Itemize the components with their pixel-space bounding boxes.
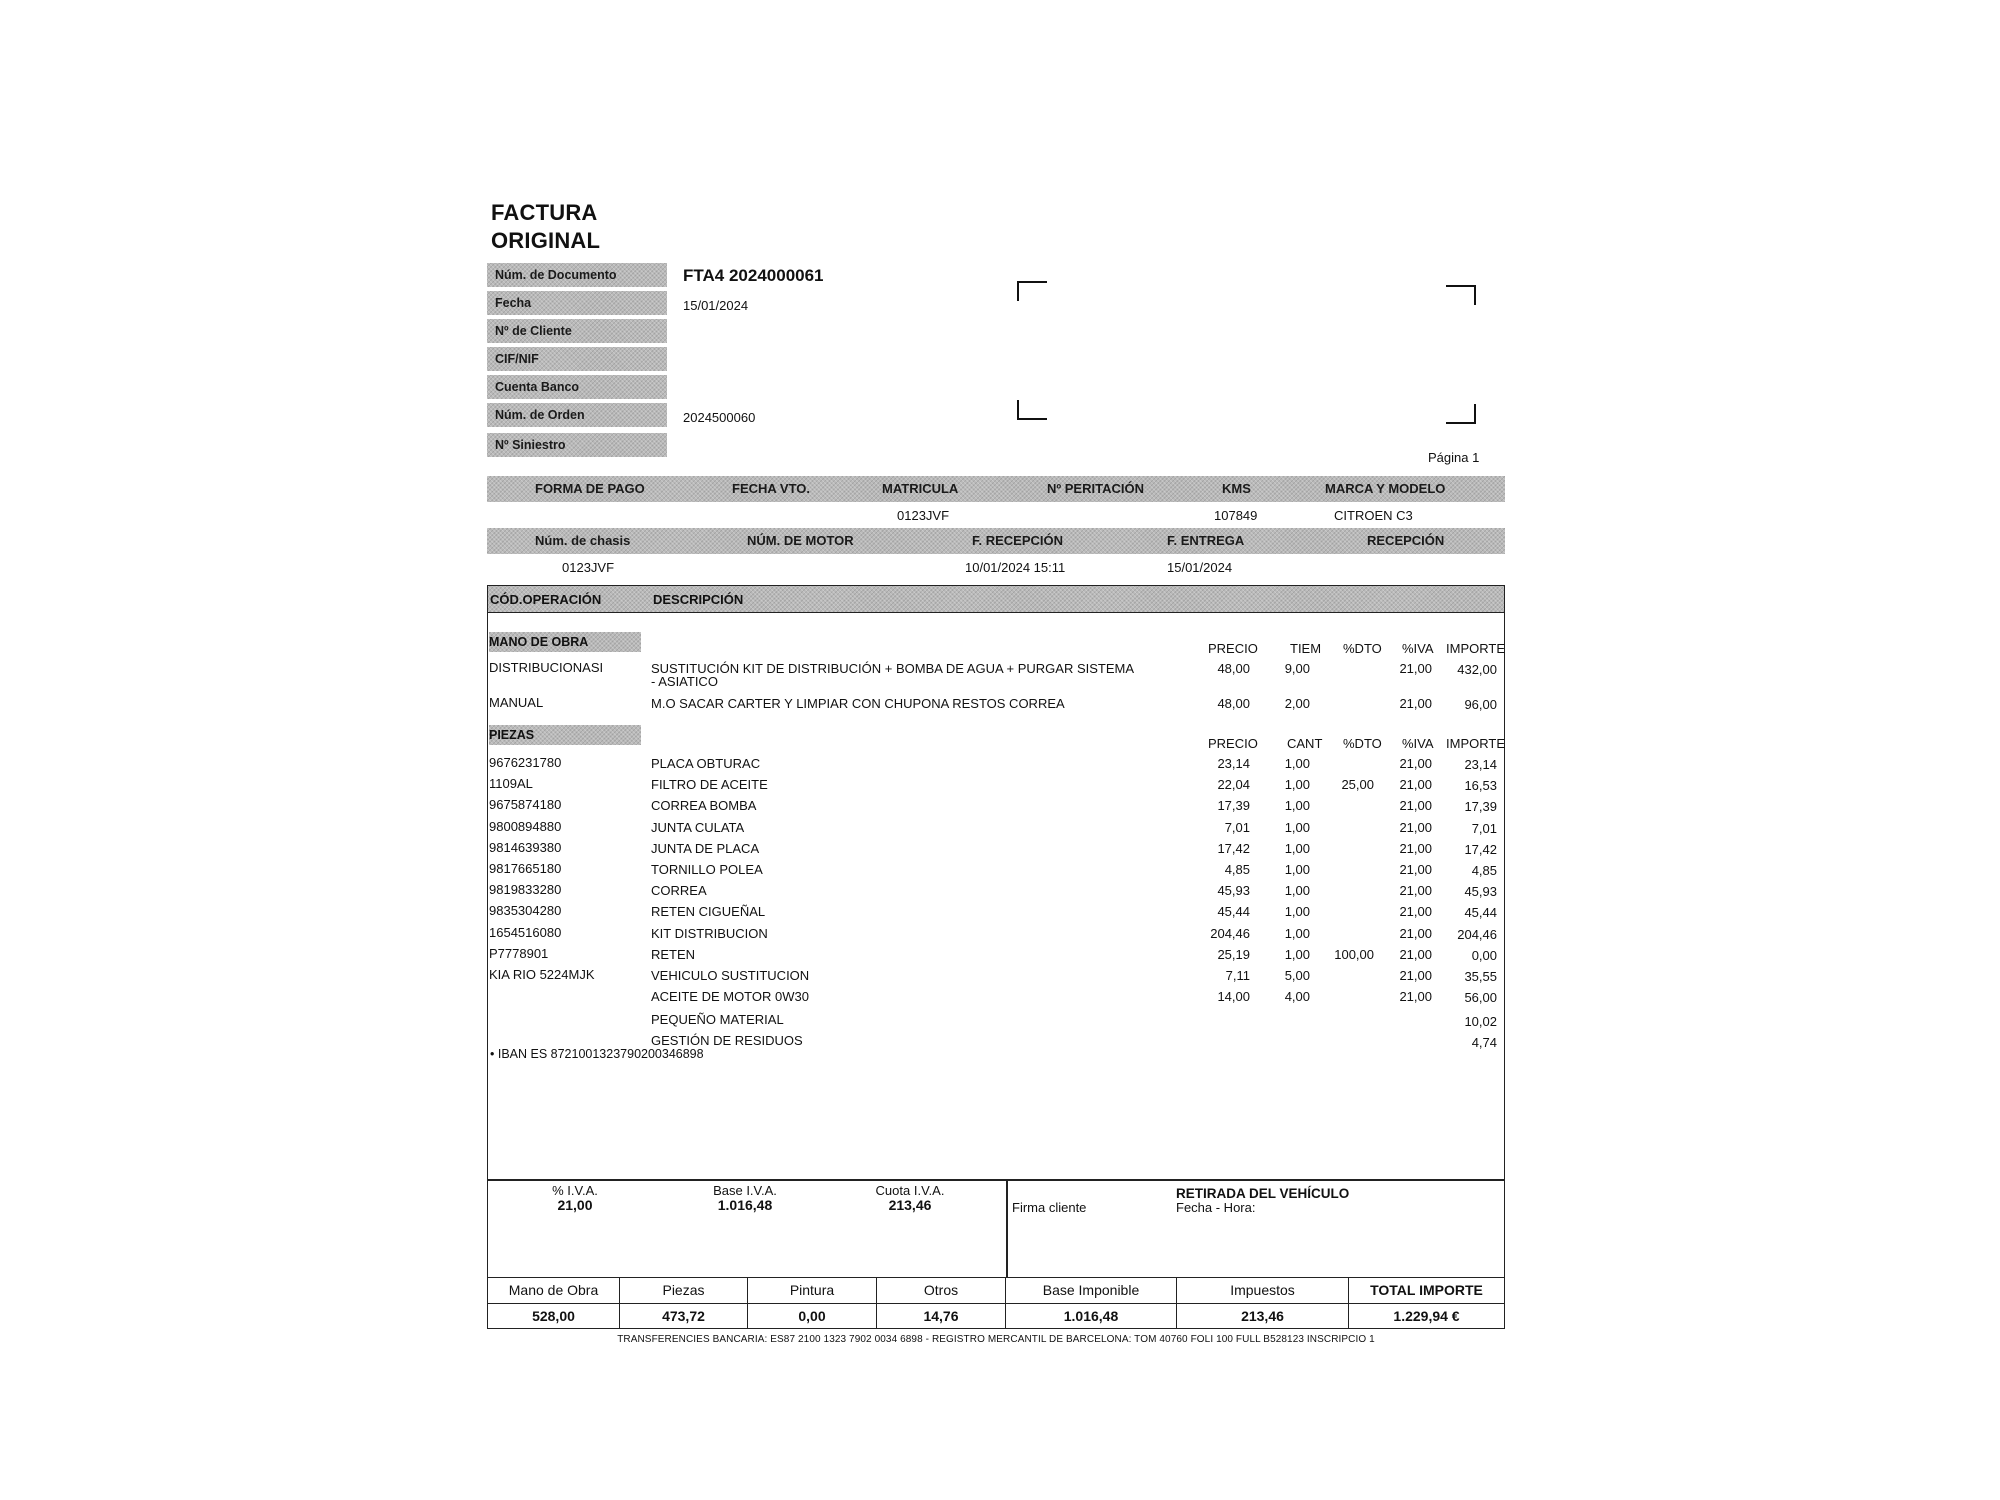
vehicle-values-row-1: 0123JVF 107849 CITROEN C3 [487, 503, 1505, 525]
total-parts: Piezas473,72 [620, 1278, 748, 1328]
document-subtitle: ORIGINAL [491, 228, 600, 254]
col-payment-method: FORMA DE PAGO [535, 481, 645, 496]
operation-code: 9817665180 [489, 861, 561, 876]
operation-code: 1654516080 [489, 925, 561, 940]
iban-note: • IBAN ES 8721001323790200346898 [490, 1047, 704, 1061]
label-doc-number: Núm. de Documento [487, 263, 667, 287]
labor-col-time: TIEM [1290, 641, 1321, 656]
label-client-number: Nº de Cliente [487, 319, 667, 343]
lines-table-header: CÓD.OPERACIÓN DESCRIPCIÓN [487, 585, 1505, 613]
description: RETEN CIGUEÑAL [651, 904, 765, 919]
order-number: 2024500060 [683, 410, 755, 425]
unit-price: 17,42 [1180, 841, 1250, 856]
quantity: 1,00 [1250, 947, 1310, 962]
page-number: Página 1 [1428, 450, 1479, 465]
quantity: 5,00 [1250, 968, 1310, 983]
operation-code: 9676231780 [489, 755, 561, 770]
label-cif-nif: CIF/NIF [487, 347, 667, 371]
doc-number: FTA4 2024000061 [683, 266, 824, 286]
quantity: 1,00 [1250, 926, 1310, 941]
totals-table: Mano de Obra528,00 Piezas473,72 Pintura0… [487, 1277, 1505, 1329]
operation-code: 9675874180 [489, 797, 561, 812]
operation-code: DISTRIBUCIONASI [489, 660, 603, 675]
unit-price: 45,44 [1180, 904, 1250, 919]
col-plate: MATRICULA [882, 481, 958, 496]
col-chassis: Núm. de chasis [535, 533, 630, 548]
quantity: 4,00 [1250, 989, 1310, 1004]
section-labor: MANO DE OBRA [489, 632, 641, 652]
client-signature-label: Firma cliente [1012, 1200, 1086, 1215]
line-amount: 17,42 [1400, 842, 1497, 857]
unit-price: 4,85 [1180, 862, 1250, 877]
quantity: 1,00 [1250, 904, 1310, 919]
plate: 0123JVF [897, 508, 949, 523]
make-model: CITROEN C3 [1334, 508, 1413, 523]
quantity: 1,00 [1250, 798, 1310, 813]
unit-price: 14,00 [1180, 989, 1250, 1004]
line-amount: 0,00 [1400, 948, 1497, 963]
unit-price: 48,00 [1180, 661, 1250, 676]
unit-price: 7,11 [1180, 968, 1250, 983]
doc-date: 15/01/2024 [683, 298, 748, 313]
address-corner-top-left [1017, 281, 1047, 301]
vat-base-label: Base I.V.A. [700, 1183, 790, 1198]
quantity: 1,00 [1250, 841, 1310, 856]
operation-code: 9835304280 [489, 903, 561, 918]
col-delivery-date: F. ENTREGA [1167, 533, 1244, 548]
vehicle-values-row-2: 0123JVF 10/01/2024 15:11 15/01/2024 [487, 555, 1505, 577]
line-amount: 432,00 [1400, 662, 1497, 677]
total-amount: TOTAL IMPORTE1.229,94 € [1349, 1278, 1504, 1328]
total-taxable-base: Base Imponible1.016,48 [1006, 1278, 1177, 1328]
total-labor: Mano de Obra528,00 [488, 1278, 620, 1328]
address-corner-top-right [1446, 285, 1476, 305]
description: SUSTITUCIÓN KIT DE DISTRIBUCIÓN + BOMBA … [651, 661, 1134, 676]
line-amount: 204,46 [1400, 927, 1497, 942]
label-claim-number: Nº Siniestro [487, 433, 667, 457]
unit-price: 17,39 [1180, 798, 1250, 813]
operation-code: 9819833280 [489, 882, 561, 897]
line-amount: 35,55 [1400, 969, 1497, 984]
operation-code: P7778901 [489, 946, 548, 961]
line-amount: 45,44 [1400, 905, 1497, 920]
operation-code: 9800894880 [489, 819, 561, 834]
extra-amount: 10,02 [1400, 1014, 1497, 1029]
bank-registry-footer: TRANSFERENCIES BANCARIA: ES87 2100 1323 … [487, 1334, 1505, 1345]
description: VEHICULO SUSTITUCION [651, 968, 809, 983]
description: JUNTA CULATA [651, 820, 744, 835]
vehicle-header-bar-2: Núm. de chasis NÚM. DE MOTOR F. RECEPCIÓ… [487, 528, 1505, 554]
vat-summary-box [487, 1180, 1505, 1278]
labor-col-amount: IMPORTE [1446, 641, 1505, 656]
line-amount: 96,00 [1400, 697, 1497, 712]
parts-col-qty: CANT [1287, 736, 1322, 751]
extra-desc: GESTIÓN DE RESIDUOS [651, 1033, 803, 1048]
col-reception: RECEPCIÓN [1367, 533, 1444, 548]
quantity: 2,00 [1250, 696, 1310, 711]
quantity: 9,00 [1250, 661, 1310, 676]
line-amount: 56,00 [1400, 990, 1497, 1005]
line-amount: 16,53 [1400, 778, 1497, 793]
unit-price: 7,01 [1180, 820, 1250, 835]
quantity: 1,00 [1250, 777, 1310, 792]
vehicle-pickup-label: RETIRADA DEL VEHÍCULO [1176, 1186, 1349, 1201]
label-date: Fecha [487, 291, 667, 315]
label-order-number: Núm. de Orden [487, 403, 667, 427]
vat-pct-label: % I.V.A. [540, 1183, 610, 1198]
col-due-date: FECHA VTO. [732, 481, 810, 496]
description: FILTRO DE ACEITE [651, 777, 768, 792]
col-operation-code: CÓD.OPERACIÓN [490, 592, 601, 607]
col-reception-date: F. RECEPCIÓN [972, 533, 1063, 548]
line-amount: 17,39 [1400, 799, 1497, 814]
description: PLACA OBTURAC [651, 756, 760, 771]
unit-price: 22,04 [1180, 777, 1250, 792]
quantity: 1,00 [1250, 862, 1310, 877]
address-corner-bottom-right [1446, 404, 1476, 424]
description: RETEN [651, 947, 695, 962]
vat-pct-value: 21,00 [540, 1197, 610, 1213]
chassis: 0123JVF [562, 560, 614, 575]
labor-col-price: PRECIO [1208, 641, 1258, 656]
quantity: 1,00 [1250, 820, 1310, 835]
total-paint: Pintura0,00 [748, 1278, 877, 1328]
unit-price: 204,46 [1180, 926, 1250, 941]
description: JUNTA DE PLACA [651, 841, 759, 856]
description-continued: - ASIATICO [651, 674, 718, 689]
description: KIT DISTRIBUCION [651, 926, 768, 941]
col-appraisal: Nº PERITACIÓN [1047, 481, 1144, 496]
unit-price: 23,14 [1180, 756, 1250, 771]
address-corner-bottom-left [1017, 400, 1047, 420]
label-bank-account: Cuenta Banco [487, 375, 667, 399]
line-amount: 4,85 [1400, 863, 1497, 878]
vat-amount-label: Cuota I.V.A. [865, 1183, 955, 1198]
description: M.O SACAR CARTER Y LIMPIAR CON CHUPONA R… [651, 696, 1065, 711]
line-amount: 7,01 [1400, 821, 1497, 836]
line-amount: 45,93 [1400, 884, 1497, 899]
parts-col-discount: %DTO [1343, 736, 1382, 751]
quantity: 1,00 [1250, 883, 1310, 898]
vat-base-value: 1.016,48 [700, 1197, 790, 1213]
description: CORREA BOMBA [651, 798, 756, 813]
parts-col-amount: IMPORTE [1446, 736, 1505, 751]
total-others: Otros14,76 [877, 1278, 1006, 1328]
quantity: 1,00 [1250, 756, 1310, 771]
vehicle-header-bar-1: FORMA DE PAGO FECHA VTO. MATRICULA Nº PE… [487, 476, 1505, 502]
col-description: DESCRIPCIÓN [653, 592, 743, 607]
extra-desc: PEQUEÑO MATERIAL [651, 1012, 784, 1027]
description: ACEITE DE MOTOR 0W30 [651, 989, 809, 1004]
section-parts: PIEZAS [489, 725, 641, 745]
delivery-date: 15/01/2024 [1167, 560, 1232, 575]
unit-price: 48,00 [1180, 696, 1250, 711]
pickup-datetime-label: Fecha - Hora: [1176, 1200, 1255, 1215]
parts-col-vat: %IVA [1402, 736, 1434, 751]
description: TORNILLO POLEA [651, 862, 763, 877]
operation-code: KIA RIO 5224MJK [489, 967, 595, 982]
extra-amount: 4,74 [1400, 1035, 1497, 1050]
col-engine: NÚM. DE MOTOR [747, 533, 854, 548]
col-kms: KMS [1222, 481, 1251, 496]
unit-price: 45,93 [1180, 883, 1250, 898]
discount: 25,00 [1310, 777, 1374, 792]
total-taxes: Impuestos213,46 [1177, 1278, 1349, 1328]
vat-amount-value: 213,46 [865, 1197, 955, 1213]
description: CORREA [651, 883, 707, 898]
document-title: FACTURA [491, 200, 598, 226]
discount: 100,00 [1310, 947, 1374, 962]
unit-price: 25,19 [1180, 947, 1250, 962]
line-amount: 23,14 [1400, 757, 1497, 772]
parts-col-price: PRECIO [1208, 736, 1258, 751]
signature-divider [1006, 1180, 1008, 1277]
labor-col-discount: %DTO [1343, 641, 1382, 656]
labor-col-vat: %IVA [1402, 641, 1434, 656]
kms: 107849 [1214, 508, 1257, 523]
operation-code: MANUAL [489, 695, 543, 710]
col-make-model: MARCA Y MODELO [1325, 481, 1445, 496]
operation-code: 1109AL [489, 776, 533, 791]
operation-code: 9814639380 [489, 840, 561, 855]
reception-date: 10/01/2024 15:11 [965, 560, 1065, 575]
